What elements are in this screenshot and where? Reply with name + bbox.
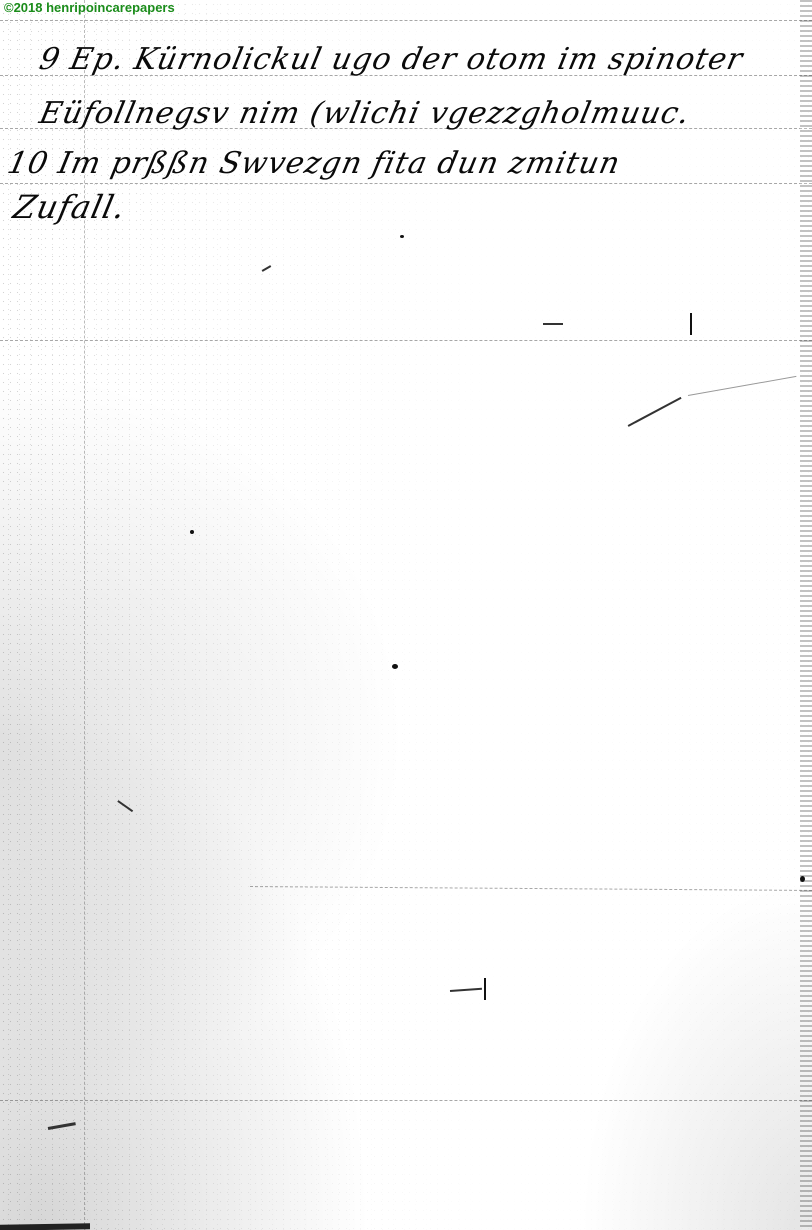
page-edge-shadow [800, 0, 812, 1230]
ruled-line [0, 1100, 812, 1101]
handwritten-line-10-continued: Zufall. [10, 188, 129, 226]
pencil-stroke [690, 313, 692, 335]
ink-blot [400, 235, 404, 238]
ink-blot [800, 876, 805, 882]
ruled-line [0, 183, 812, 184]
ruled-line [0, 20, 812, 21]
copyright-watermark: ©2018 henripoincarepapers [4, 0, 175, 15]
handwritten-line-9: 9 Ep. Kürnolickul ugo der otom im spinot… [36, 42, 746, 77]
pencil-stroke [484, 978, 486, 1000]
ink-blot [392, 664, 398, 669]
paper-grain [0, 0, 812, 1230]
page-corner-shadow [0, 1223, 90, 1230]
ink-blot [190, 530, 194, 534]
manuscript-page: ©2018 henripoincarepapers 9 Ep. Kürnolic… [0, 0, 812, 1230]
margin-line [84, 0, 85, 1230]
pencil-stroke [543, 323, 563, 325]
handwritten-line-9-continued: Eüfollnegsv nim (wlichi vgezzgholmuuc. [36, 96, 693, 131]
handwritten-line-10: 10 Im prßßn Swvezgn fita dun zmitun [4, 146, 623, 181]
ruled-line [0, 340, 812, 341]
